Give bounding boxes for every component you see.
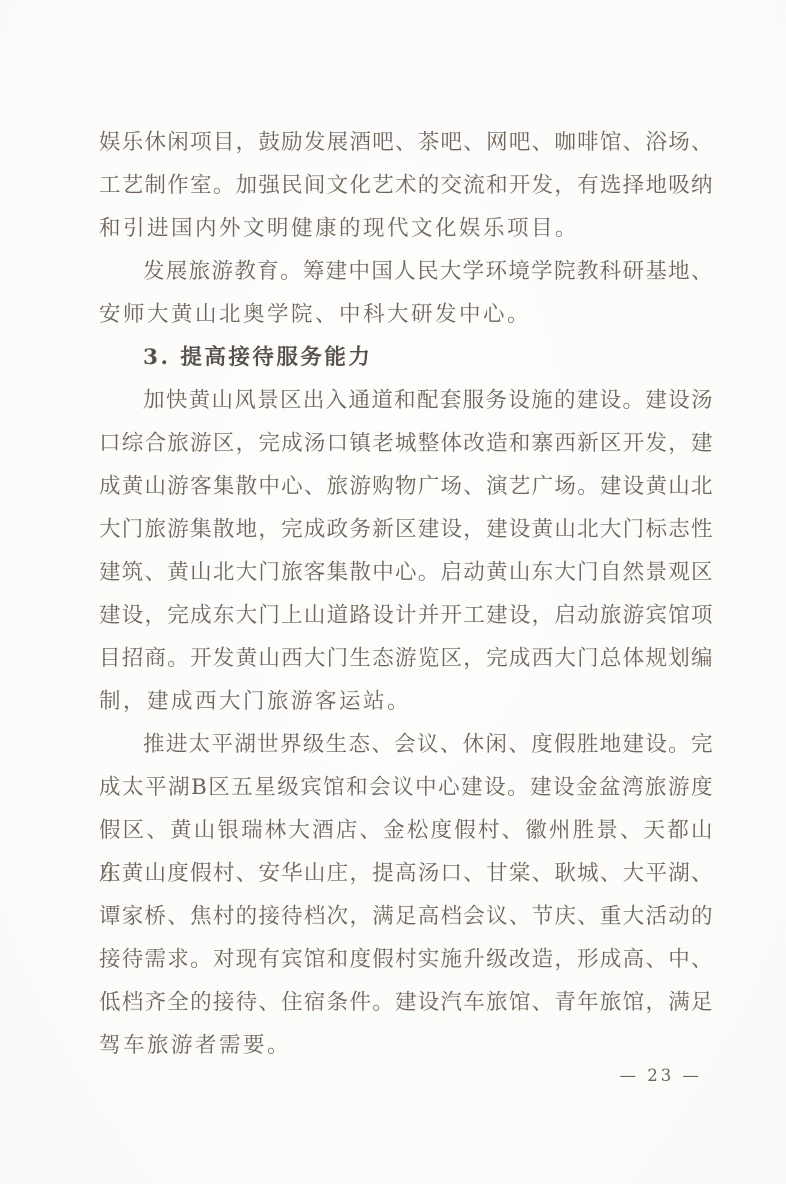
document-page: 娱乐休闲项目，鼓励发展酒吧、茶吧、网吧、咖啡馆、浴场、工艺制作室。加强民间文化艺… <box>0 0 786 1184</box>
text-line: 谭家桥、焦村的接待档次，满足高档会议、节庆、重大活动的 <box>99 895 713 938</box>
paragraph: 娱乐休闲项目，鼓励发展酒吧、茶吧、网吧、咖啡馆、浴场、工艺制作室。加强民间文化艺… <box>99 121 713 250</box>
text-line: 接待需求。对现有宾馆和度假村实施升级改造，形成高、中、 <box>99 938 713 981</box>
text-line: 驾车旅游者需要。 <box>99 1024 713 1067</box>
text-line: 制，建成西大门旅游客运站。 <box>99 680 713 723</box>
text-line: 大门旅游集散地，完成政务新区建设，建设黄山北大门标志性 <box>99 508 713 551</box>
paragraph: 加快黄山风景区出入通道和配套服务设施的建设。建设汤口综合旅游区，完成汤口镇老城整… <box>99 379 713 723</box>
text-line: 建筑、黄山北大门旅客集散中心。启动黄山东大门自然景观区 <box>99 551 713 594</box>
section-heading: 3. 提高接待服务能力 <box>99 336 713 379</box>
text-line: 和引进国内外文明健康的现代文化娱乐项目。 <box>99 207 713 250</box>
text-line: 建设，完成东大门上山道路设计并开工建设，启动旅游宾馆项 <box>99 594 713 637</box>
text-line: 娱乐休闲项目，鼓励发展酒吧、茶吧、网吧、咖啡馆、浴场、 <box>99 121 713 164</box>
text-line: 低档齐全的接待、住宿条件。建设汽车旅馆、青年旅馆，满足 <box>99 981 713 1024</box>
text-line: 假区、黄山银瑞林大酒店、金松度假村、徽州胜景、天都山庄、 <box>99 809 713 852</box>
text-line: 工艺制作室。加强民间文化艺术的交流和开发，有选择地吸纳 <box>99 164 713 207</box>
text-line: 目招商。开发黄山西大门生态游览区，完成西大门总体规划编 <box>99 637 713 680</box>
paragraph: 发展旅游教育。筹建中国人民大学环境学院教科研基地、安师大黄山北奥学院、中科大研发… <box>99 250 713 336</box>
paragraph: 推进太平湖世界级生态、会议、休闲、度假胜地建设。完成太平湖B区五星级宾馆和会议中… <box>99 723 713 1067</box>
text-line: 3. 提高接待服务能力 <box>99 336 713 379</box>
text-line: 口综合旅游区，完成汤口镇老城整体改造和寨西新区开发，建 <box>99 422 713 465</box>
text-line: 加快黄山风景区出入通道和配套服务设施的建设。建设汤 <box>99 379 713 422</box>
text-line: 成太平湖B区五星级宾馆和会议中心建设。建设金盆湾旅游度 <box>99 766 713 809</box>
page-number: — 23 — <box>620 1062 703 1090</box>
text-line: 东黄山度假村、安华山庄，提高汤口、甘棠、耿城、大平湖、 <box>99 852 713 895</box>
document-body: 娱乐休闲项目，鼓励发展酒吧、茶吧、网吧、咖啡馆、浴场、工艺制作室。加强民间文化艺… <box>99 121 713 1067</box>
text-line: 发展旅游教育。筹建中国人民大学环境学院教科研基地、 <box>99 250 713 293</box>
text-line: 推进太平湖世界级生态、会议、休闲、度假胜地建设。完 <box>99 723 713 766</box>
text-line: 成黄山游客集散中心、旅游购物广场、演艺广场。建设黄山北 <box>99 465 713 508</box>
text-line: 安师大黄山北奥学院、中科大研发中心。 <box>99 293 713 336</box>
